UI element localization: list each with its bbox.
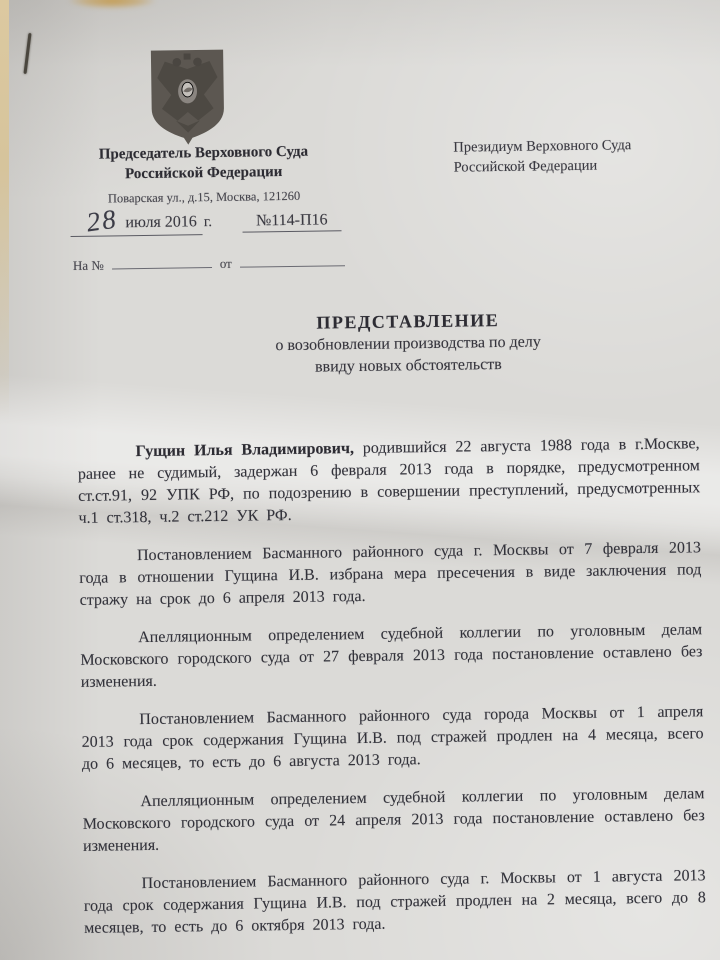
document-body: Гущин Илья Владимирович, родившийся 22 а… [77,433,706,956]
paragraph-text: Постановлением Басманного районного суда… [79,539,701,609]
na-label: На № [73,258,104,273]
paragraph: Постановлением Басманного районного суда… [83,865,706,940]
paragraph-text: Апелляционным определением судебной колл… [80,621,702,691]
date-number-line: 28июля 2016г.№114-П16 [70,198,530,237]
paragraph: Постановлением Басманного районного суда… [81,701,704,776]
title-block: ПРЕДСТАВЛЕНИЕ о возобновлении производст… [76,305,697,382]
sender-block: Председатель Верховного Суда Российской … [43,141,364,207]
date-field: 28июля 2016 [70,202,203,237]
defendant-name: Гущин Илья Владимирович, [135,440,354,460]
addressee-line2: Российской Федерации [454,154,694,177]
paragraph: Апелляционным определением судебной колл… [80,619,703,694]
paragraph: Апелляционным определением судебной колл… [82,783,705,858]
paragraph-text: Постановлением Басманного районного суда… [82,703,704,773]
document-number: №114-П16 [242,211,342,232]
month-year: июля 2016 [125,213,197,231]
sender-org-line2: Российской Федерации [44,161,364,185]
document-photo: Председатель Верховного Суда Российской … [0,0,720,960]
paragraph: Гущин Илья Владимирович, родившийся 22 а… [77,433,700,530]
addressee-block: Президиум Верховного Суда Российской Фед… [453,134,694,177]
document-content: Председатель Верховного Суда Российской … [0,0,720,960]
russian-coat-of-arms-icon [144,46,231,149]
ot-label: от [220,256,232,271]
handwritten-day: 28 [75,202,128,239]
reference-number-blank [112,255,212,269]
paragraph-text: Апелляционным определением судебной колл… [83,785,705,855]
paragraph: Постановлением Басманного районного суда… [79,537,702,612]
paragraph-text: Постановлением Басманного районного суда… [84,867,706,937]
year-suffix: г. [204,214,212,230]
reference-date-blank [240,253,345,267]
reference-line: На №от [73,252,413,274]
